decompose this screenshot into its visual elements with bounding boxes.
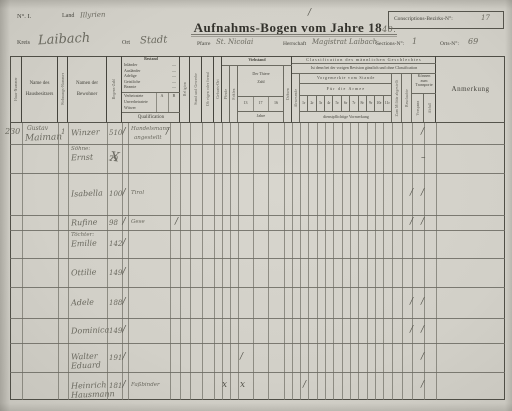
resident-name-line2: Hausmann — [71, 389, 115, 400]
ort-label: Ort — [122, 40, 130, 46]
grid-vline — [128, 122, 129, 400]
bogen-number: 191 — [109, 354, 122, 362]
tick-mark: / — [123, 380, 126, 390]
bestand-row-value: — — [172, 74, 176, 79]
grid-vline — [214, 122, 215, 400]
grid-vline — [436, 122, 437, 400]
tick-mark: / — [421, 352, 424, 362]
sheet-number: N°. I. — [17, 13, 31, 20]
orts-value-handwritten: 69 — [468, 37, 478, 46]
bestand-col-b: B — [168, 94, 180, 99]
pfarre-value-handwritten: St. Nicolai — [216, 38, 253, 46]
age-cell: 1r — [300, 96, 308, 111]
classification-sub1: Ist denn bei der vorigen Revision gänzli… — [292, 64, 436, 74]
classification-age-block: Vorgemerkte vom Stande Für die Armee 1r2… — [300, 74, 392, 122]
viehstand-title: Viehstand — [222, 56, 292, 66]
viehstand-col-ochsen: Ochsen — [284, 66, 292, 122]
kreis-value-handwritten: Laibach — [38, 31, 91, 49]
bestand-subtable: VerheirateteUnverheirateteWitwer A B — [122, 92, 180, 112]
tick-mark: / — [421, 325, 424, 335]
tick-mark: / — [410, 297, 413, 307]
tick-mark: / — [240, 352, 243, 362]
grid-hline — [10, 372, 505, 373]
col-header-bogen: Bogens-Zahl — [107, 56, 122, 122]
conscription-box: Conscriptions-Bezirks-N°: 17 — [388, 11, 504, 29]
grid-vline — [412, 122, 413, 400]
bogen-number: 188 — [109, 299, 122, 307]
grid-vline — [392, 122, 393, 400]
classification-group: Classification des männlichen Geschlecht… — [292, 56, 436, 122]
header-bottom-line — [10, 122, 505, 123]
title-year-handwritten: 40. — [382, 25, 396, 34]
tick-mark: / — [175, 217, 178, 227]
viehstand-col-pferde: Pferde — [222, 66, 230, 122]
viehstand-main: Der Thiere Zahl 13 17 16 Jahre — [238, 66, 284, 122]
title-rule-2 — [191, 36, 397, 37]
tick-mark: / — [410, 188, 413, 198]
grid-vline — [333, 122, 334, 400]
grid-vline — [68, 122, 69, 400]
tick-mark: / — [421, 217, 424, 227]
viehstand-cells: 13 17 16 — [238, 96, 284, 112]
grid-vline — [202, 122, 203, 400]
tick-mark: / — [166, 127, 169, 137]
grid-vline — [350, 122, 351, 400]
col-beurlaubte: Beurlaubte — [402, 74, 412, 122]
tick-mark: / — [303, 380, 306, 390]
section-label: Sections-N°: — [376, 41, 404, 47]
grid-vline — [383, 122, 384, 400]
bestand-row-label: Inländer — [124, 63, 137, 68]
viehstand-col-fohlen: Fohlen — [230, 66, 238, 122]
age-cell: 6r — [342, 96, 350, 111]
bestand-sub-row: Witwer — [124, 106, 156, 112]
classification-footer: dienstpflichtige Vormerkung — [300, 112, 392, 122]
resident-name: Ernst — [71, 153, 93, 163]
bestand-footer: Qualification — [122, 112, 180, 122]
tick-mark: / — [123, 297, 126, 307]
col-header-anmerkung: Anmerkung — [436, 56, 505, 122]
grid-vline — [284, 122, 285, 400]
tick-mark: x — [222, 380, 227, 390]
col-header-stand: Stand und Gewerbe — [190, 56, 202, 122]
grid-vline — [58, 122, 59, 400]
col-header-geburtsort: Geburts-Ort — [214, 56, 222, 122]
bogen-number: 181 — [109, 382, 122, 390]
resident-name: Rufine — [71, 217, 98, 227]
resident-name: Winzer — [71, 128, 100, 138]
grid-vline — [367, 122, 368, 400]
resident-name: Adele — [71, 297, 94, 307]
bestand-row-value: — — [172, 63, 176, 68]
tick-mark: / — [123, 325, 126, 335]
grid-vline — [253, 122, 254, 400]
grid-hline — [10, 258, 505, 259]
age-cell: 3r — [317, 96, 325, 111]
dwelling-number: 1 — [61, 128, 65, 136]
resident-name-small: Söhne: — [71, 146, 90, 152]
bogen-number: 100 — [109, 190, 122, 198]
col-header-bewohner: Namen der Bewohner — [68, 56, 107, 122]
bogen-number: 98 — [109, 219, 118, 227]
grid-vline — [300, 122, 301, 400]
resident-name: Emilie — [71, 239, 97, 249]
orts-label: Orts-N°: — [440, 41, 459, 47]
tick-mark: / — [410, 217, 413, 227]
bestand-row-value: — — [172, 85, 176, 90]
bogen-number: 149 — [109, 327, 122, 335]
classification-left-col: Abwesende — [292, 74, 300, 122]
tick-mark: / — [421, 127, 424, 137]
conscription-label: Conscriptions-Bezirks-N°: — [394, 16, 453, 22]
owner-name-line2: Maiman — [25, 132, 62, 143]
ort-value-handwritten: Stadt — [140, 35, 168, 47]
viehstand-group: Viehstand Pferde Fohlen Der Thiere Zahl … — [222, 56, 292, 122]
bogen-number: 142 — [109, 240, 122, 248]
col-abfall: Abfall — [424, 94, 436, 122]
age-cell: 2r — [308, 96, 316, 111]
grid-vline — [424, 122, 425, 400]
tick-mark: / — [123, 188, 126, 198]
grid-hline — [10, 215, 505, 216]
grid-vline — [180, 122, 181, 400]
resident-name: Ottilie — [71, 267, 97, 277]
tick-mark: / — [421, 297, 424, 307]
bestand-col-a: A — [156, 94, 168, 99]
bogen-number: 149 — [109, 269, 122, 277]
grid-vline — [325, 122, 326, 400]
col-header-owner: Name des Hausbesitzers — [22, 56, 58, 122]
owner-name-line1: Gustav — [27, 125, 48, 132]
scanned-census-form: N°. I. Land Illyrien / Conscriptions-Bez… — [0, 0, 512, 411]
tick-mark: / — [123, 352, 126, 362]
grid-hline — [10, 173, 505, 174]
tick-mark: x — [240, 380, 245, 390]
col-militaer: Zum Militär abgestellt — [392, 74, 402, 122]
qualification-line1: Handelsmann — [131, 126, 170, 132]
land-value-handwritten: Illyrien — [80, 11, 106, 20]
tick-mark: / — [123, 238, 126, 248]
grid-hline — [10, 318, 505, 319]
herrschaft-value-handwritten: Magistrat Laibach — [312, 38, 377, 46]
qualification-line1: Gese — [131, 219, 145, 225]
bestand-row-label: Adelige — [124, 74, 137, 79]
grid-hline — [10, 343, 505, 344]
grid-hline — [10, 287, 505, 288]
grid-vline — [170, 122, 171, 400]
conscription-value-handwritten: 17 — [481, 14, 490, 22]
viehstand-unit: Jahre — [238, 114, 284, 119]
tick-mark: / — [123, 127, 126, 137]
house-number: 230 — [5, 127, 20, 136]
grid-vline — [107, 122, 108, 400]
qualification-line1: Faßbinder — [131, 382, 160, 388]
herrschaft-label: Herrschaft — [283, 41, 306, 47]
age-cell: 11r — [384, 96, 392, 111]
col-vorspann: Vorspann — [412, 94, 424, 122]
col-header-house: Haus-Nummer — [10, 56, 22, 122]
grid-vline — [230, 122, 231, 400]
qualification-line1: Tirol — [131, 190, 144, 196]
stray-tick-mark: / — [308, 8, 311, 18]
section-value-handwritten: 1 — [412, 37, 417, 46]
land-label: Land — [62, 13, 74, 19]
resident-name-small: Töchter: — [71, 232, 94, 238]
grid-hline — [10, 144, 505, 145]
age-cell: 5r — [334, 96, 342, 111]
bestand-title: Bestand — [122, 57, 180, 62]
title-rule-1 — [191, 34, 397, 35]
age-cell: 4r — [325, 96, 333, 111]
age-cell: 8r — [359, 96, 367, 111]
grid-vline — [292, 122, 293, 400]
resident-name: Dominica — [71, 325, 110, 335]
tick-mark: X — [109, 149, 120, 165]
grid-vline — [268, 122, 269, 400]
col-header-zugehoerigkeit: Ob eigen oder fremd — [202, 56, 214, 122]
qualification-line2: angestellt — [134, 135, 162, 141]
pfarre-label: Pfarre — [197, 41, 210, 47]
grid-vline — [342, 122, 343, 400]
grid-vline — [190, 122, 191, 400]
col-header-wohnung: Wohnungs-Nummer — [58, 56, 68, 122]
tick-mark: / — [421, 380, 424, 390]
grid-vline — [238, 122, 239, 400]
grid-vline — [22, 122, 23, 400]
tick-mark: – — [421, 153, 426, 163]
grid-vline — [222, 122, 223, 400]
tick-mark: / — [123, 217, 126, 227]
age-cell: 9r — [367, 96, 375, 111]
age-cell: 7r — [350, 96, 358, 111]
bestand-box: Bestand Inländer—Ausländer—Adelige—Geist… — [122, 56, 180, 122]
grid-hline — [10, 230, 505, 231]
grid-vline — [402, 122, 403, 400]
kreis-label: Kreis — [17, 40, 30, 46]
resident-name: Isabella — [71, 188, 103, 198]
resident-name-line2: Eduard — [71, 360, 101, 370]
transport-group: Können zum Transporte Vorspann Abfall — [412, 74, 436, 122]
grid-vline — [358, 122, 359, 400]
bestand-row-label: Beamte — [124, 85, 136, 90]
age-cell: 10r — [375, 96, 383, 111]
tick-mark: / — [410, 325, 413, 335]
grid-vline — [317, 122, 318, 400]
tick-mark: / — [421, 188, 424, 198]
age-cells: 1r2r3r4r5r6r7r8r9r10r11r — [300, 96, 392, 112]
bestand-rows: Inländer—Ausländer—Adelige—Geistliche—Be… — [124, 63, 178, 91]
grid-vline — [308, 122, 309, 400]
classification-title: Classification des männlichen Geschlecht… — [292, 56, 436, 64]
bogen-number: 510 — [109, 129, 122, 137]
bestand-row: Beamte— — [124, 85, 178, 91]
tick-mark: / — [123, 267, 126, 277]
grid-vline — [375, 122, 376, 400]
col-header-religion: Religion — [180, 56, 190, 122]
